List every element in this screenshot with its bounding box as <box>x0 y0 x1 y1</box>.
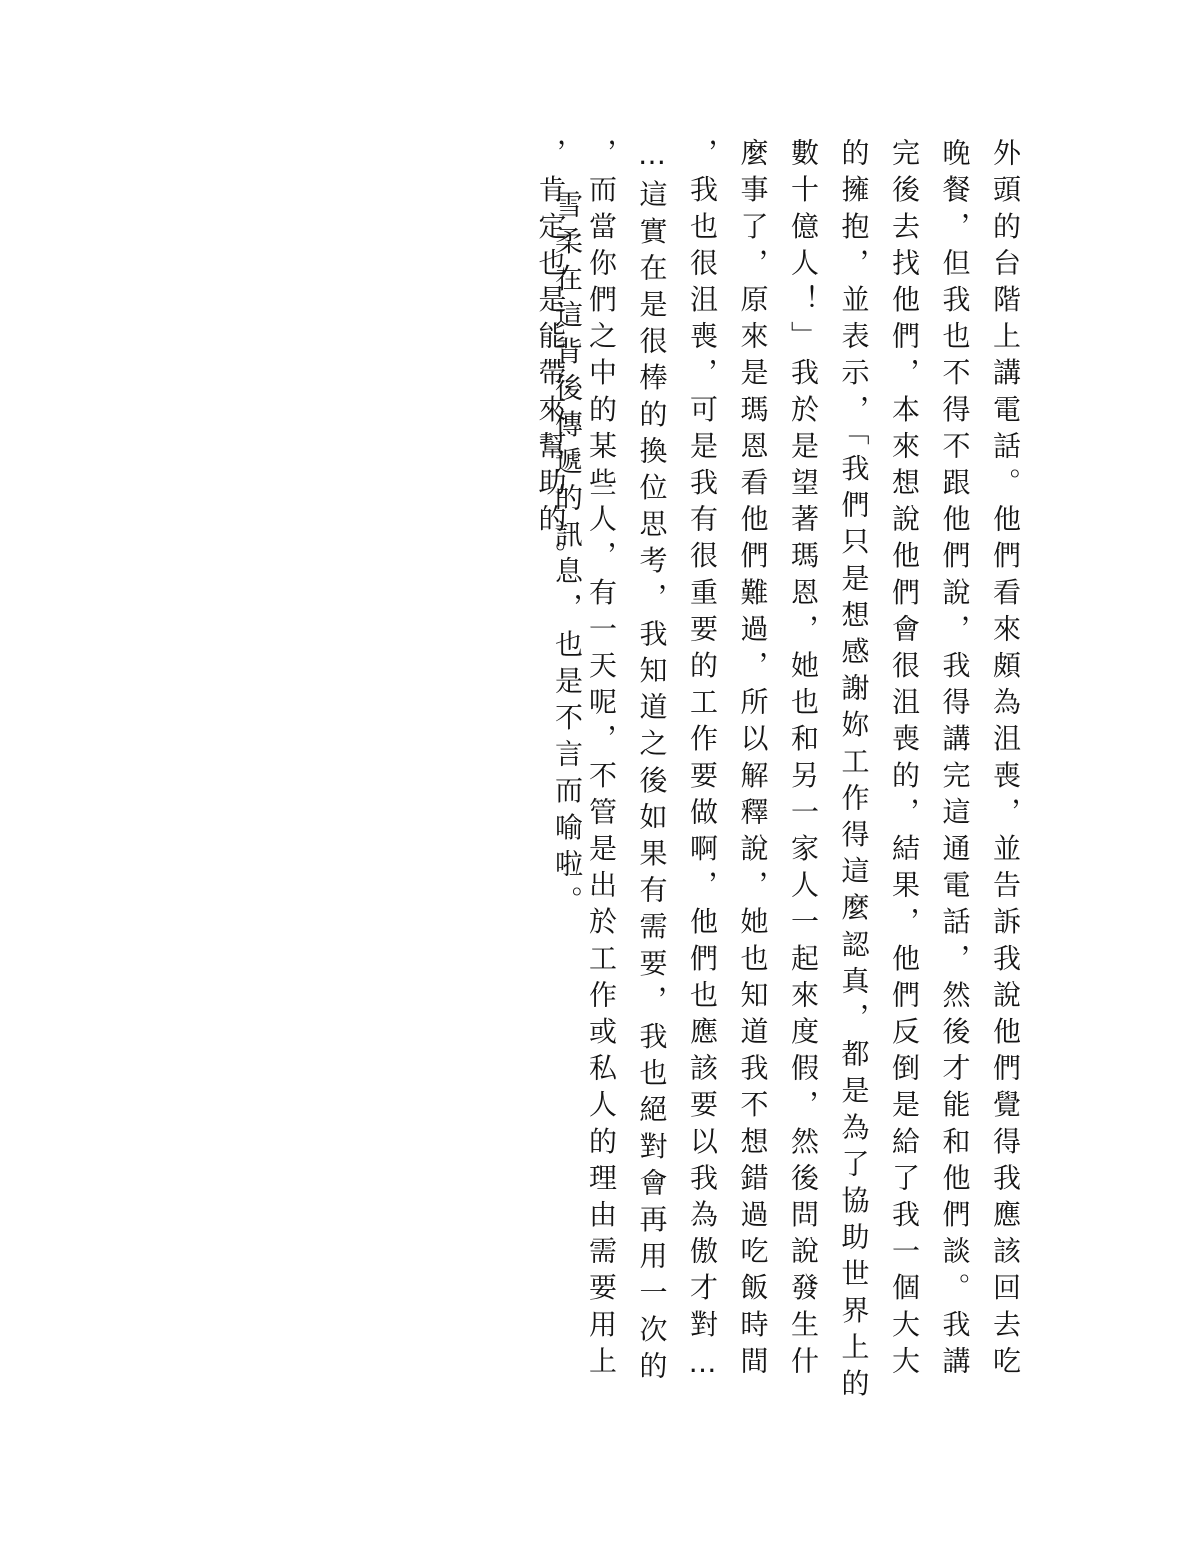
document-page: 外頭的台階上講電話。他們看來頗為沮喪，並告訴我說他們覺得我應該回去吃晚餐，但我也… <box>0 0 1200 1552</box>
closing-paragraph: 雪柔在這背後傳遞的訊息，也是不言而喻啦。 <box>540 190 592 1470</box>
body-paragraph: 外頭的台階上講電話。他們看來頗為沮喪，並告訴我說他們覺得我應該回去吃晚餐，但我也… <box>620 138 1030 1418</box>
